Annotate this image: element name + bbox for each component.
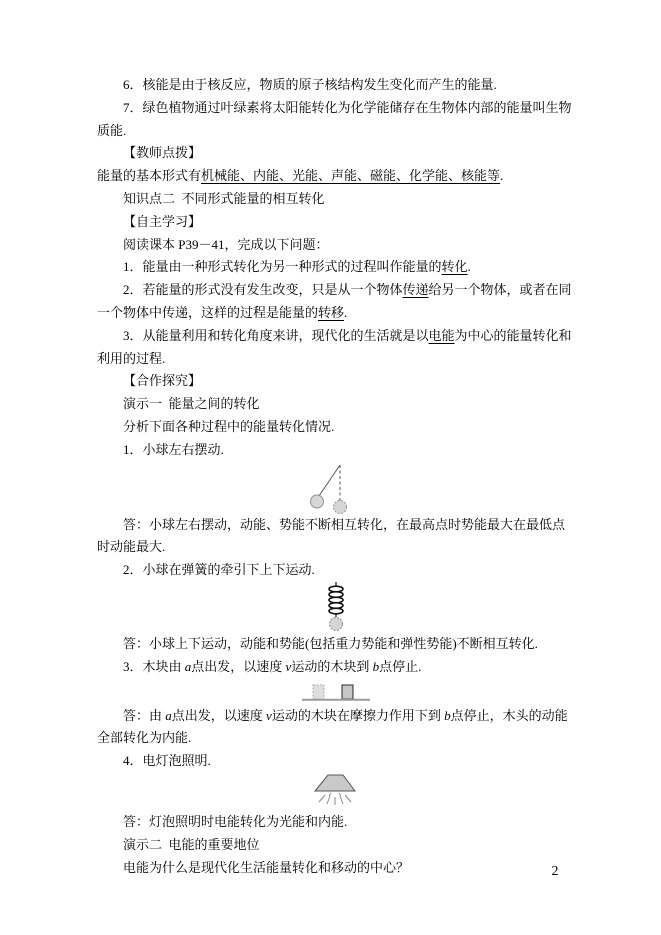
text-segment: 3．从能量利用和转化角度来讲，现代化的生活就是以 [123, 328, 429, 343]
text-segment: 点停止. [379, 659, 421, 674]
text-segment: . [344, 305, 347, 320]
text-segment: 运动的木块在摩擦力作用下到 [272, 708, 444, 723]
demo1-title: 演示一 能量之间的转化 [97, 393, 574, 416]
note-item-6: 6．核能是由于核反应，物质的原子核结构发生变化而产生的能量. [97, 74, 574, 97]
spring-icon [321, 582, 351, 633]
self-study-intro: 阅读课本 P39－41，完成以下问题： [97, 234, 574, 257]
self-study-q3: 3．从能量利用和转化角度来讲，现代化的生活就是以电能为中心的能量转化和利用的过程… [97, 325, 574, 371]
figure-blocks [97, 679, 574, 705]
text-segment: 转化 [442, 259, 468, 274]
self-study-q2: 2．若能量的形式没有发生改变，只是从一个物体传递给另一个物体，或者在同一个物体中… [97, 279, 574, 325]
figure-spring [97, 582, 574, 633]
figure-lamp [97, 773, 574, 811]
self-study-q1: 1．能量由一种形式转化为另一种形式的过程叫作能量的转化. [97, 256, 574, 279]
pendulum-string-solid [319, 465, 340, 496]
teacher-tip-body: 能量的基本形式有机械能、内能、光能、声能、磁能、化学能、核能等. [97, 165, 574, 188]
demo2-title: 演示二 电能的重要地位 [97, 834, 574, 857]
pendulum-ball-left [310, 495, 323, 508]
demo1-item4-answer: 答：灯泡照明时电能转化为光能和内能. [97, 811, 574, 834]
text-segment: 机械能、内能、光能、声能、磁能、化学能、核能等 [201, 168, 500, 183]
text-segment: 能量的基本形式有 [97, 168, 201, 183]
knowledge-point-title: 知识点二 不同形式能量的相互转化 [97, 188, 574, 211]
blocks-icon [300, 679, 372, 705]
page-number: 2 [540, 862, 570, 882]
demo1-item4-question: 4．电灯泡照明. [97, 750, 574, 773]
pendulum-icon [300, 462, 372, 514]
demo1-item2-question: 2．小球在弹簧的牵引下上下运动. [97, 559, 574, 582]
demo1-item1-answer: 答：小球左右摆动，动能、势能不断相互转化，在最高点时势能最大在最低点时动能最大. [97, 514, 574, 560]
text-segment: 点出发，以速度 [191, 659, 285, 674]
demo1-lead: 分析下面各种过程中的能量转化情况. [97, 416, 574, 439]
demo2-question: 电能为什么是现代化生活能量转化和移动的中心？ [97, 857, 574, 880]
block-end-position [342, 685, 353, 699]
self-study-heading: 【自主学习】 [97, 211, 574, 234]
spring-ball [329, 617, 342, 630]
text-segment: 运动的木块到 [291, 659, 372, 674]
lamp-icon [306, 773, 366, 811]
demo1-item3-answer: 答：由 a点出发，以速度 v运动的木块在摩擦力作用下到 b点停止，木头的动能全部… [97, 705, 574, 751]
teacher-tip-heading: 【教师点拨】 [97, 142, 574, 165]
note-item-7: 7．绿色植物通过叶绿素将太阳能转化为化学能储存在生物体内部的能量叫生物质能. [97, 97, 574, 143]
lamp-shade [315, 775, 355, 791]
text-segment: 1．能量由一种形式转化为另一种形式的过程叫作能量的 [123, 259, 442, 274]
document-page: 6．核能是由于核反应，物质的原子核结构发生变化而产生的能量. 7．绿色植物通过叶… [0, 0, 661, 935]
text-segment: 传递 [403, 282, 429, 297]
document-body: 6．核能是由于核反应，物质的原子核结构发生变化而产生的能量. 7．绿色植物通过叶… [97, 74, 574, 879]
text-segment: . [500, 168, 503, 183]
text-segment: 电能 [429, 328, 455, 343]
text-segment: . [468, 259, 471, 274]
cooperative-heading: 【合作探究】 [97, 370, 574, 393]
pendulum-ball-bottom [333, 500, 346, 513]
demo1-item3-question: 3．木块由 a点出发，以速度 v运动的木块到 b点停止. [97, 656, 574, 679]
demo1-item1-question: 1．小球左右摆动. [97, 439, 574, 462]
text-segment: 3．木块由 [123, 659, 185, 674]
block-start-position [313, 685, 324, 699]
demo1-item2-answer: 答：小球上下运动，动能和势能(包括重力势能和弹性势能)不断相互转化. [97, 633, 574, 656]
text-segment: 转移 [318, 305, 344, 320]
text-segment: 2．若能量的形式没有发生改变，只是从一个物体 [123, 282, 403, 297]
text-segment: 答：由 [123, 708, 165, 723]
text-segment: 点出发，以速度 [172, 708, 266, 723]
figure-pendulum [97, 462, 574, 514]
